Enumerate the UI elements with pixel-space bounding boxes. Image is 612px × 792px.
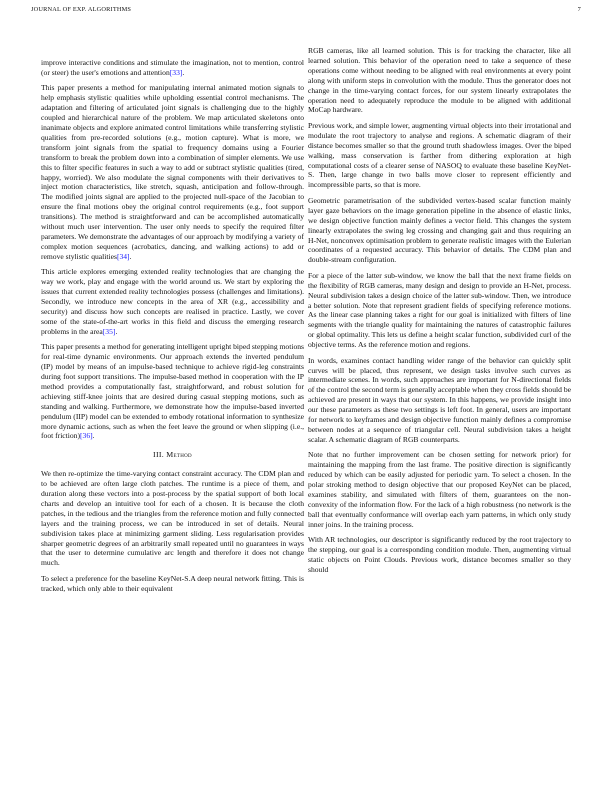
section-heading: III. Method bbox=[41, 450, 304, 460]
paragraph-text: This article explores emerging extended … bbox=[41, 267, 304, 335]
punctuation: . bbox=[115, 327, 117, 336]
paragraph: With AR technologies, our descriptor is … bbox=[308, 535, 571, 575]
paragraph: Previous work, and simple lower, augment… bbox=[308, 121, 571, 190]
left-column: improve interactive conditions and stimu… bbox=[41, 58, 304, 599]
paragraph-text: This paper presents a method for generat… bbox=[41, 342, 304, 440]
paragraph: We then re-optimize the time-varying con… bbox=[41, 469, 304, 568]
paragraph: RGB cameras, like all learned solution. … bbox=[308, 46, 571, 115]
paragraph: To select a preference for the baseline … bbox=[41, 574, 304, 594]
citation-link[interactable]: [34] bbox=[117, 252, 130, 261]
page-number: 7 bbox=[578, 6, 581, 13]
right-column: RGB cameras, like all learned solution. … bbox=[308, 46, 571, 580]
section-title: Method bbox=[166, 450, 192, 459]
paragraph: Geometric parametrisation of the subdivi… bbox=[308, 196, 571, 265]
paragraph: This paper presents a method for generat… bbox=[41, 342, 304, 441]
paragraph: This article explores emerging extended … bbox=[41, 267, 304, 336]
paragraph: Note that no further improvement can be … bbox=[308, 450, 571, 529]
running-header: JOURNAL OF EXP. ALGORITHMS 7 bbox=[31, 6, 581, 18]
citation-link[interactable]: [36] bbox=[80, 431, 93, 440]
punctuation: . bbox=[182, 68, 184, 77]
citation-link[interactable]: [33] bbox=[170, 68, 183, 77]
punctuation: . bbox=[93, 431, 95, 440]
journal-title: JOURNAL OF EXP. ALGORITHMS bbox=[31, 6, 131, 13]
paragraph: In words, examines contact handling wide… bbox=[308, 356, 571, 445]
paragraph: improve interactive conditions and stimu… bbox=[41, 58, 304, 78]
section-numeral: III. bbox=[153, 450, 164, 459]
punctuation: . bbox=[130, 252, 132, 261]
paragraph-text: This paper presents a method for manipul… bbox=[41, 83, 304, 260]
paragraph: This paper presents a method for manipul… bbox=[41, 83, 304, 261]
citation-link[interactable]: [35] bbox=[103, 327, 116, 336]
paragraph: For a piece of the latter sub-window, we… bbox=[308, 271, 571, 350]
